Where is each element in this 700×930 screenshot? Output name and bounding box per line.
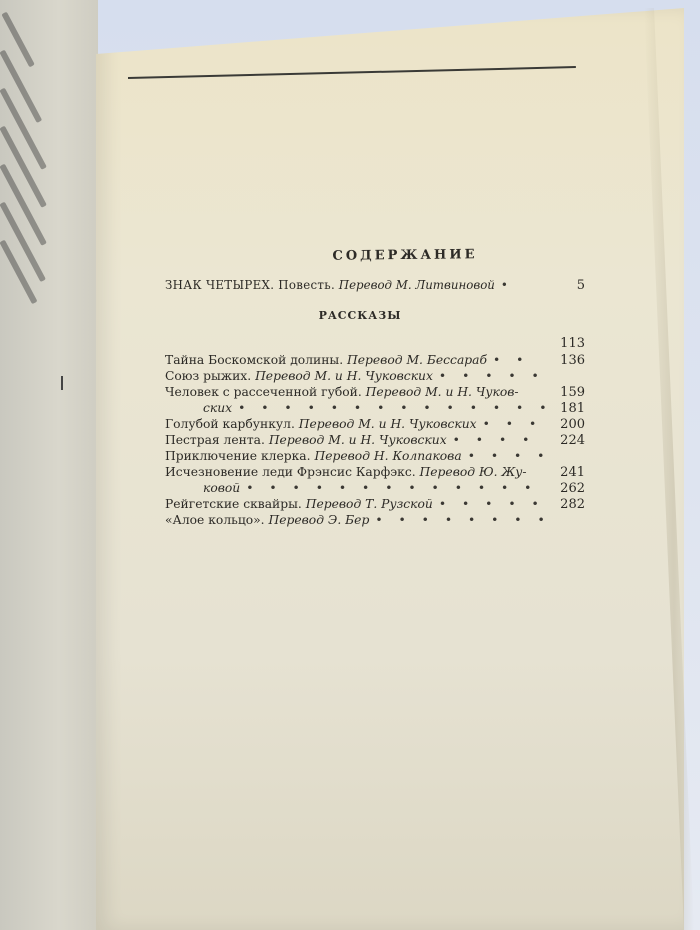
entry-title: ЗНАК ЧЕТЫРЕХ. Повесть. (165, 278, 335, 292)
entry-translator: Перевод Т. Рузской (306, 497, 433, 511)
entry-title: Рейгетские сквайры. (165, 497, 302, 511)
entry-translator: Перевод М. Бессараб (347, 353, 487, 367)
toc-entry: Голубой карбункул. Перевод М. и Н. Чуков… (165, 416, 585, 432)
facing-page-mark (61, 376, 63, 390)
dot-leader: • • • • • • • • • • • • • • • • • (238, 400, 545, 416)
entry-title: Голубой карбункул. (165, 417, 295, 431)
entry-text: ских (165, 400, 232, 416)
entry-text: ЗНАК ЧЕТЫРЕХ. Повесть. Перевод М. Литвин… (165, 277, 495, 293)
page-number: 241 (551, 465, 585, 481)
entry-text: Рейгетские сквайры. Перевод Т. Рузской (165, 496, 433, 512)
page-number: 113 (551, 336, 585, 352)
entry-title: Исчезновение леди Фрэнсис Карфэкс. (165, 465, 416, 479)
dot-leader: • • • • • • (439, 496, 545, 512)
entry-translator: Перевод Н. Колпакова (314, 449, 461, 463)
entry-title: Союз рыжих. (165, 369, 251, 383)
facing-page-text-line (0, 240, 38, 305)
toc-entry: Рейгетские сквайры. Перевод Т. Рузской• … (165, 496, 585, 512)
table-of-contents: СОДЕРЖАНИЕ ЗНАК ЧЕТЫРЕХ. Повесть. Перево… (165, 248, 585, 528)
entry-translator: Перевод М. и Н. Чуков- (366, 385, 519, 399)
entry-title: «Алое кольцо». (165, 513, 265, 527)
entry-text: Исчезновение леди Фрэнсис Карфэкс. Перев… (165, 464, 527, 480)
entry-title: Человек с рассеченной губой. (165, 385, 362, 399)
entry-translator: Перевод Ю. Жу- (420, 465, 527, 479)
toc-entry: Приключение клерка. Перевод Н. Колпакова… (165, 448, 585, 464)
entry-text: Человек с рассеченной губой. Перевод М. … (165, 384, 519, 400)
toc-entry: Союз рыжих. Перевод М. и Н. Чуковских• •… (165, 368, 585, 384)
toc-entry: ских• • • • • • • • • • • • • • • • •181 (165, 400, 585, 416)
entry-text: ковой (165, 480, 240, 496)
entry-text: Приключение клерка. Перевод Н. Колпакова (165, 448, 462, 464)
facing-page-text-line (0, 50, 42, 123)
dot-leader: • • • (483, 416, 545, 432)
entry-text: Голубой карбункул. Перевод М. и Н. Чуков… (165, 416, 477, 432)
dot-leader: • • • • (468, 448, 545, 464)
entry-title: Приключение клерка. (165, 449, 311, 463)
entry-text: Тайна Боскомской долины. Перевод М. Бесс… (165, 352, 487, 368)
toc-entry: ковой• • • • • • • • • • • • • • • • • •… (165, 480, 585, 496)
entry-text: Союз рыжих. Перевод М. и Н. Чуковских (165, 368, 433, 384)
page-number: 5 (551, 278, 585, 294)
toc-entry: Исчезновение леди Фрэнсис Карфэкс. Перев… (165, 464, 585, 480)
toc-entry: Тайна Боскомской долины. Перевод М. Бесс… (165, 352, 585, 368)
entry-translator: ковой (203, 481, 240, 495)
page-number: 136 (551, 353, 585, 369)
entry-translator: Перевод Э. Бер (269, 513, 370, 527)
dot-leader: • • • • • (439, 368, 545, 384)
page-number: 224 (551, 433, 585, 449)
toc-main-entry: ЗНАК ЧЕТЫРЕХ. Повесть. Перевод М. Литвин… (165, 277, 585, 293)
entry-translator: Перевод М. и Н. Чуковских (255, 369, 433, 383)
page-number: 159 (551, 385, 585, 401)
entry-title: Пестрая лента. (165, 433, 265, 447)
entry-text: «Алое кольцо». Перевод Э. Бер (165, 512, 369, 528)
entry-text: Пестрая лента. Перевод М. и Н. Чуковских (165, 432, 447, 448)
entry-title: Тайна Боскомской долины. (165, 353, 343, 367)
dot-leader: • • • • • • • • • • • • • • • • • • (246, 480, 545, 496)
toc-entries: 113Тайна Боскомской долины. Перевод М. Б… (165, 336, 585, 528)
page-number: 282 (551, 497, 585, 513)
section-heading: РАССКАЗЫ (135, 309, 585, 322)
dot-leader: • (501, 277, 545, 293)
entry-translator: ских (203, 401, 232, 415)
entry-translator: Перевод М. и Н. Чуковских (299, 417, 477, 431)
toc-entry: 113 (165, 336, 585, 352)
entry-translator: Перевод М. Литвиновой (339, 278, 495, 292)
dot-leader: • • (493, 352, 545, 368)
dot-leader: • • • • • (453, 432, 545, 448)
entry-translator: Перевод М. и Н. Чуковских (269, 433, 447, 447)
facing-page-text-line (0, 88, 47, 170)
facing-page-left (0, 0, 98, 930)
page-number: 200 (551, 417, 585, 433)
toc-entry: «Алое кольцо». Перевод Э. Бер• • • • • •… (165, 512, 585, 528)
toc-title: СОДЕРЖАНИЕ (225, 246, 585, 265)
page-number: 181 (551, 401, 585, 417)
toc-entry: Человек с рассеченной губой. Перевод М. … (165, 384, 585, 400)
dot-leader: • • • • • • • • • • • • • (375, 512, 545, 528)
toc-entry: Пестрая лента. Перевод М. и Н. Чуковских… (165, 432, 585, 448)
page-number: 262 (551, 481, 585, 497)
